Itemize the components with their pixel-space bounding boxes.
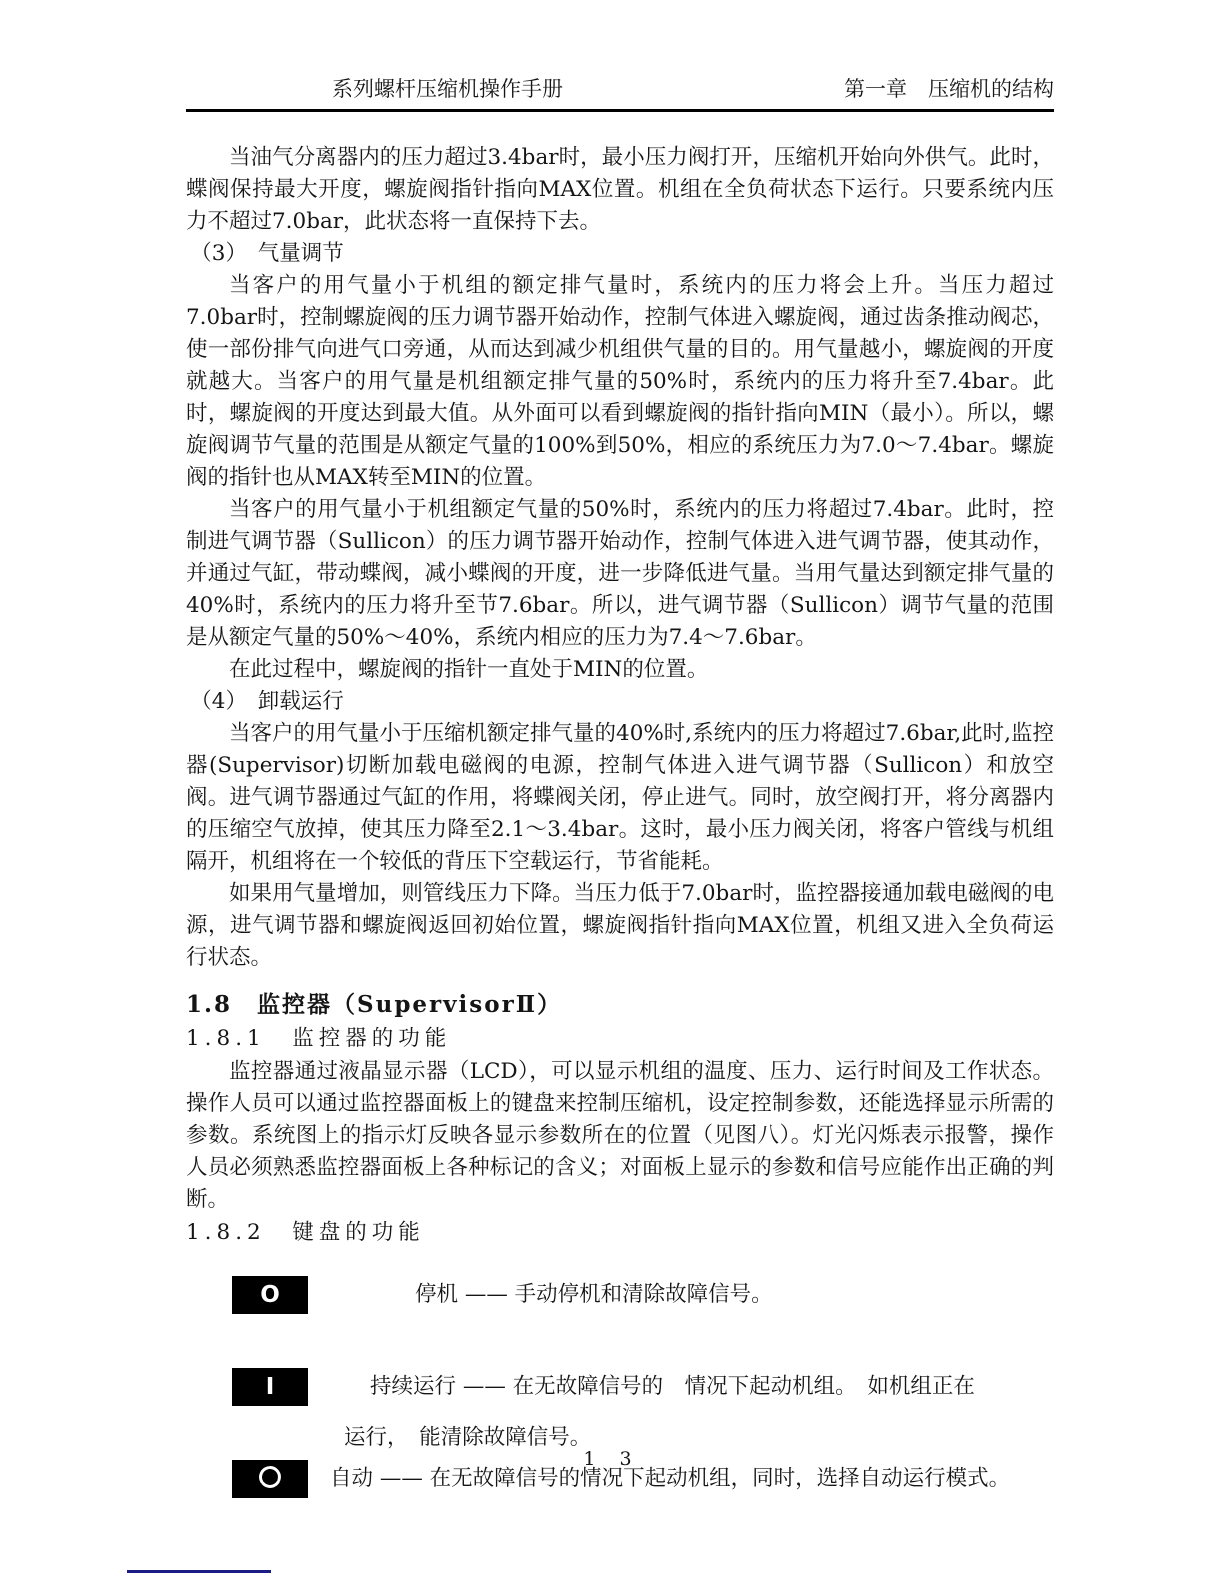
stop-key-glyph: O bbox=[260, 1284, 280, 1307]
paragraph-1: 当油气分离器内的压力超过3.4bar时，最小压力阀打开，压缩机开始向外供气。此时… bbox=[186, 142, 1054, 238]
stop-key-button: O bbox=[232, 1276, 308, 1314]
page-header: 系列螺杆压缩机操作手册 第一章 压缩机的结构 bbox=[186, 76, 1054, 109]
page-content: 系列螺杆压缩机操作手册 第一章 压缩机的结构 当油气分离器内的压力超过3.4ba… bbox=[186, 76, 1054, 1498]
run-key-label-line1: 持续运行 —— 在无故障信号的 情况下起动机组。 如机组正在 bbox=[370, 1371, 975, 1403]
subsection-heading-1-8-1: 1.8.1 监控器的功能 bbox=[186, 1022, 1054, 1056]
run-key-glyph: I bbox=[266, 1376, 275, 1399]
manual-page: 系列螺杆压缩机操作手册 第一章 压缩机的结构 当油气分离器内的压力超过3.4ba… bbox=[0, 0, 1224, 1584]
key-row-stop: O 停机 —— 手动停机和清除故障信号。 bbox=[232, 1276, 1054, 1314]
section-heading-1-8: 1.8 监控器（SupervisorⅡ） bbox=[186, 988, 1054, 1022]
footnote-rule bbox=[127, 1570, 271, 1573]
stop-key-label: 停机 —— 手动停机和清除故障信号。 bbox=[415, 1279, 773, 1311]
paragraph-6: 如果用气量增加，则管线压力下降。当压力低于7.0bar时，监控器接通加载电磁阀的… bbox=[186, 878, 1054, 974]
paragraph-4: 在此过程中，螺旋阀的指针一直处于MIN的位置。 bbox=[186, 654, 1054, 686]
paragraph-5: 当客户的用气量小于压缩机额定排气量的40%时,系统内的压力将超过7.6bar,此… bbox=[186, 718, 1054, 878]
body-text: 当油气分离器内的压力超过3.4bar时，最小压力阀打开，压缩机开始向外供气。此时… bbox=[186, 142, 1054, 1498]
subsection-heading-1-8-2: 1.8.2 键盘的功能 bbox=[186, 1216, 1054, 1250]
header-left-title: 系列螺杆压缩机操作手册 bbox=[332, 76, 563, 102]
paragraph-3: 当客户的用气量小于机组额定气量的50%时，系统内的压力将超过7.4bar。此时，… bbox=[186, 494, 1054, 654]
key-row-run: I 持续运行 —— 在无故障信号的 情况下起动机组。 如机组正在 bbox=[232, 1368, 1054, 1406]
paragraph-2: 当客户的用气量小于机组的额定排气量时，系统内的压力将会上升。当压力超过 7.0b… bbox=[186, 270, 1054, 494]
header-right-title: 第一章 压缩机的结构 bbox=[844, 76, 1054, 102]
header-rule bbox=[186, 109, 1054, 112]
list-item-3: （3） 气量调节 bbox=[186, 238, 1054, 270]
run-key-button: I bbox=[232, 1368, 308, 1406]
paragraph-7: 监控器通过液晶显示器（LCD），可以显示机组的温度、压力、运行时间及工作状态。操… bbox=[186, 1056, 1054, 1216]
list-item-4: （4） 卸载运行 bbox=[186, 686, 1054, 718]
page-number: 1 3 bbox=[0, 1448, 1224, 1470]
